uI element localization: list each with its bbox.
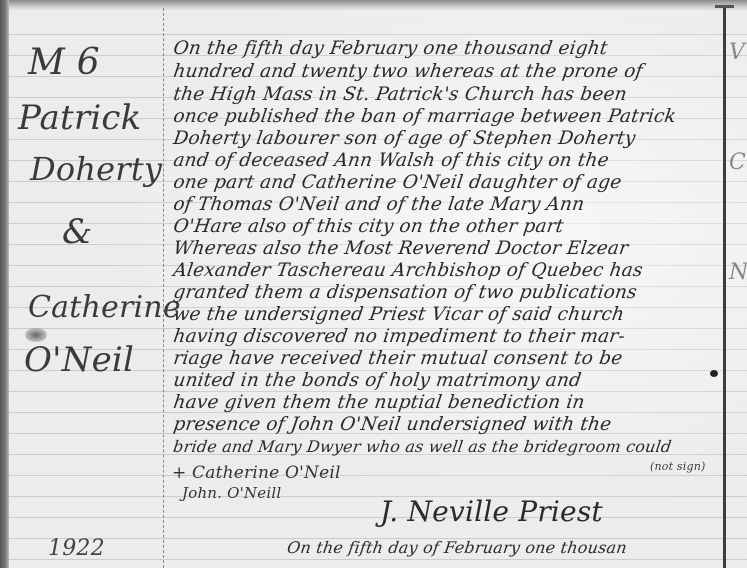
right-fragment-3: N <box>729 260 747 285</box>
body-line-19: bride and Mary Dwyer who as well as the … <box>172 437 673 456</box>
witness-signature: John. O'Neill <box>182 484 281 502</box>
priest-signature: J. Neville Priest <box>380 495 603 528</box>
body-line-15: riage have received their mutual consent… <box>172 348 624 369</box>
bride-last-name: O'Neil <box>24 340 134 380</box>
body-line-5: Doherty labourer son of age of Stephen D… <box>172 128 637 149</box>
register-page-scan: M 6 Patrick Doherty & Catherine O'Neil 1… <box>0 0 747 568</box>
could-not-sign-note: (not sign) <box>650 460 706 473</box>
body-line-17: have given them the nuptial benediction … <box>172 392 586 413</box>
body-line-3: the High Mass in St. Patrick's Church ha… <box>172 84 628 105</box>
body-line-8: of Thomas O'Neil and of the late Mary An… <box>172 194 586 215</box>
margin-divider <box>163 8 165 568</box>
conjunction-mark: & <box>62 212 92 252</box>
bride-mark-signature: + Catherine O'Neil <box>172 463 341 483</box>
body-line-7: one part and Catherine O'Neil daughter o… <box>172 172 623 193</box>
body-line-12: granted them a dispensation of two publi… <box>172 282 638 303</box>
body-line-9: O'Hare also of this city on the other pa… <box>172 216 565 237</box>
body-line-11: Alexander Taschereau Archbishop of Quebe… <box>172 260 644 281</box>
bride-first-name: Catherine <box>28 290 181 325</box>
body-line-2: hundred and twenty two whereas at the pr… <box>172 61 644 82</box>
right-fragment-2: C <box>729 150 746 175</box>
entry-year: 1922 <box>48 536 105 561</box>
body-line-10: Whereas also the Most Reverend Doctor El… <box>172 238 630 259</box>
right-fragment-1: V <box>729 40 745 65</box>
body-line-6: and of deceased Ann Walsh of this city o… <box>172 150 610 171</box>
body-line-4: once published the ban of marriage betwe… <box>172 106 677 127</box>
groom-first-name: Patrick <box>18 98 141 138</box>
scan-top-edge <box>0 0 747 10</box>
ink-blot <box>710 370 718 377</box>
body-line-18: presence of John O'Neil undersigned with… <box>172 414 613 435</box>
scan-left-edge <box>0 0 9 568</box>
body-line-13: we the undersigned Priest Vicar of said … <box>172 304 626 325</box>
body-line-14: having discovered no impediment to their… <box>172 326 626 347</box>
body-line-1: On the fifth day February one thousand e… <box>172 38 609 59</box>
entry-number: M 6 <box>28 42 100 83</box>
body-line-16: united in the bonds of holy matrimony an… <box>172 370 583 391</box>
right-column-rule <box>723 8 726 568</box>
next-entry-start: On the fifth day of February one thousan <box>286 538 628 557</box>
groom-last-name: Doherty <box>30 150 162 188</box>
